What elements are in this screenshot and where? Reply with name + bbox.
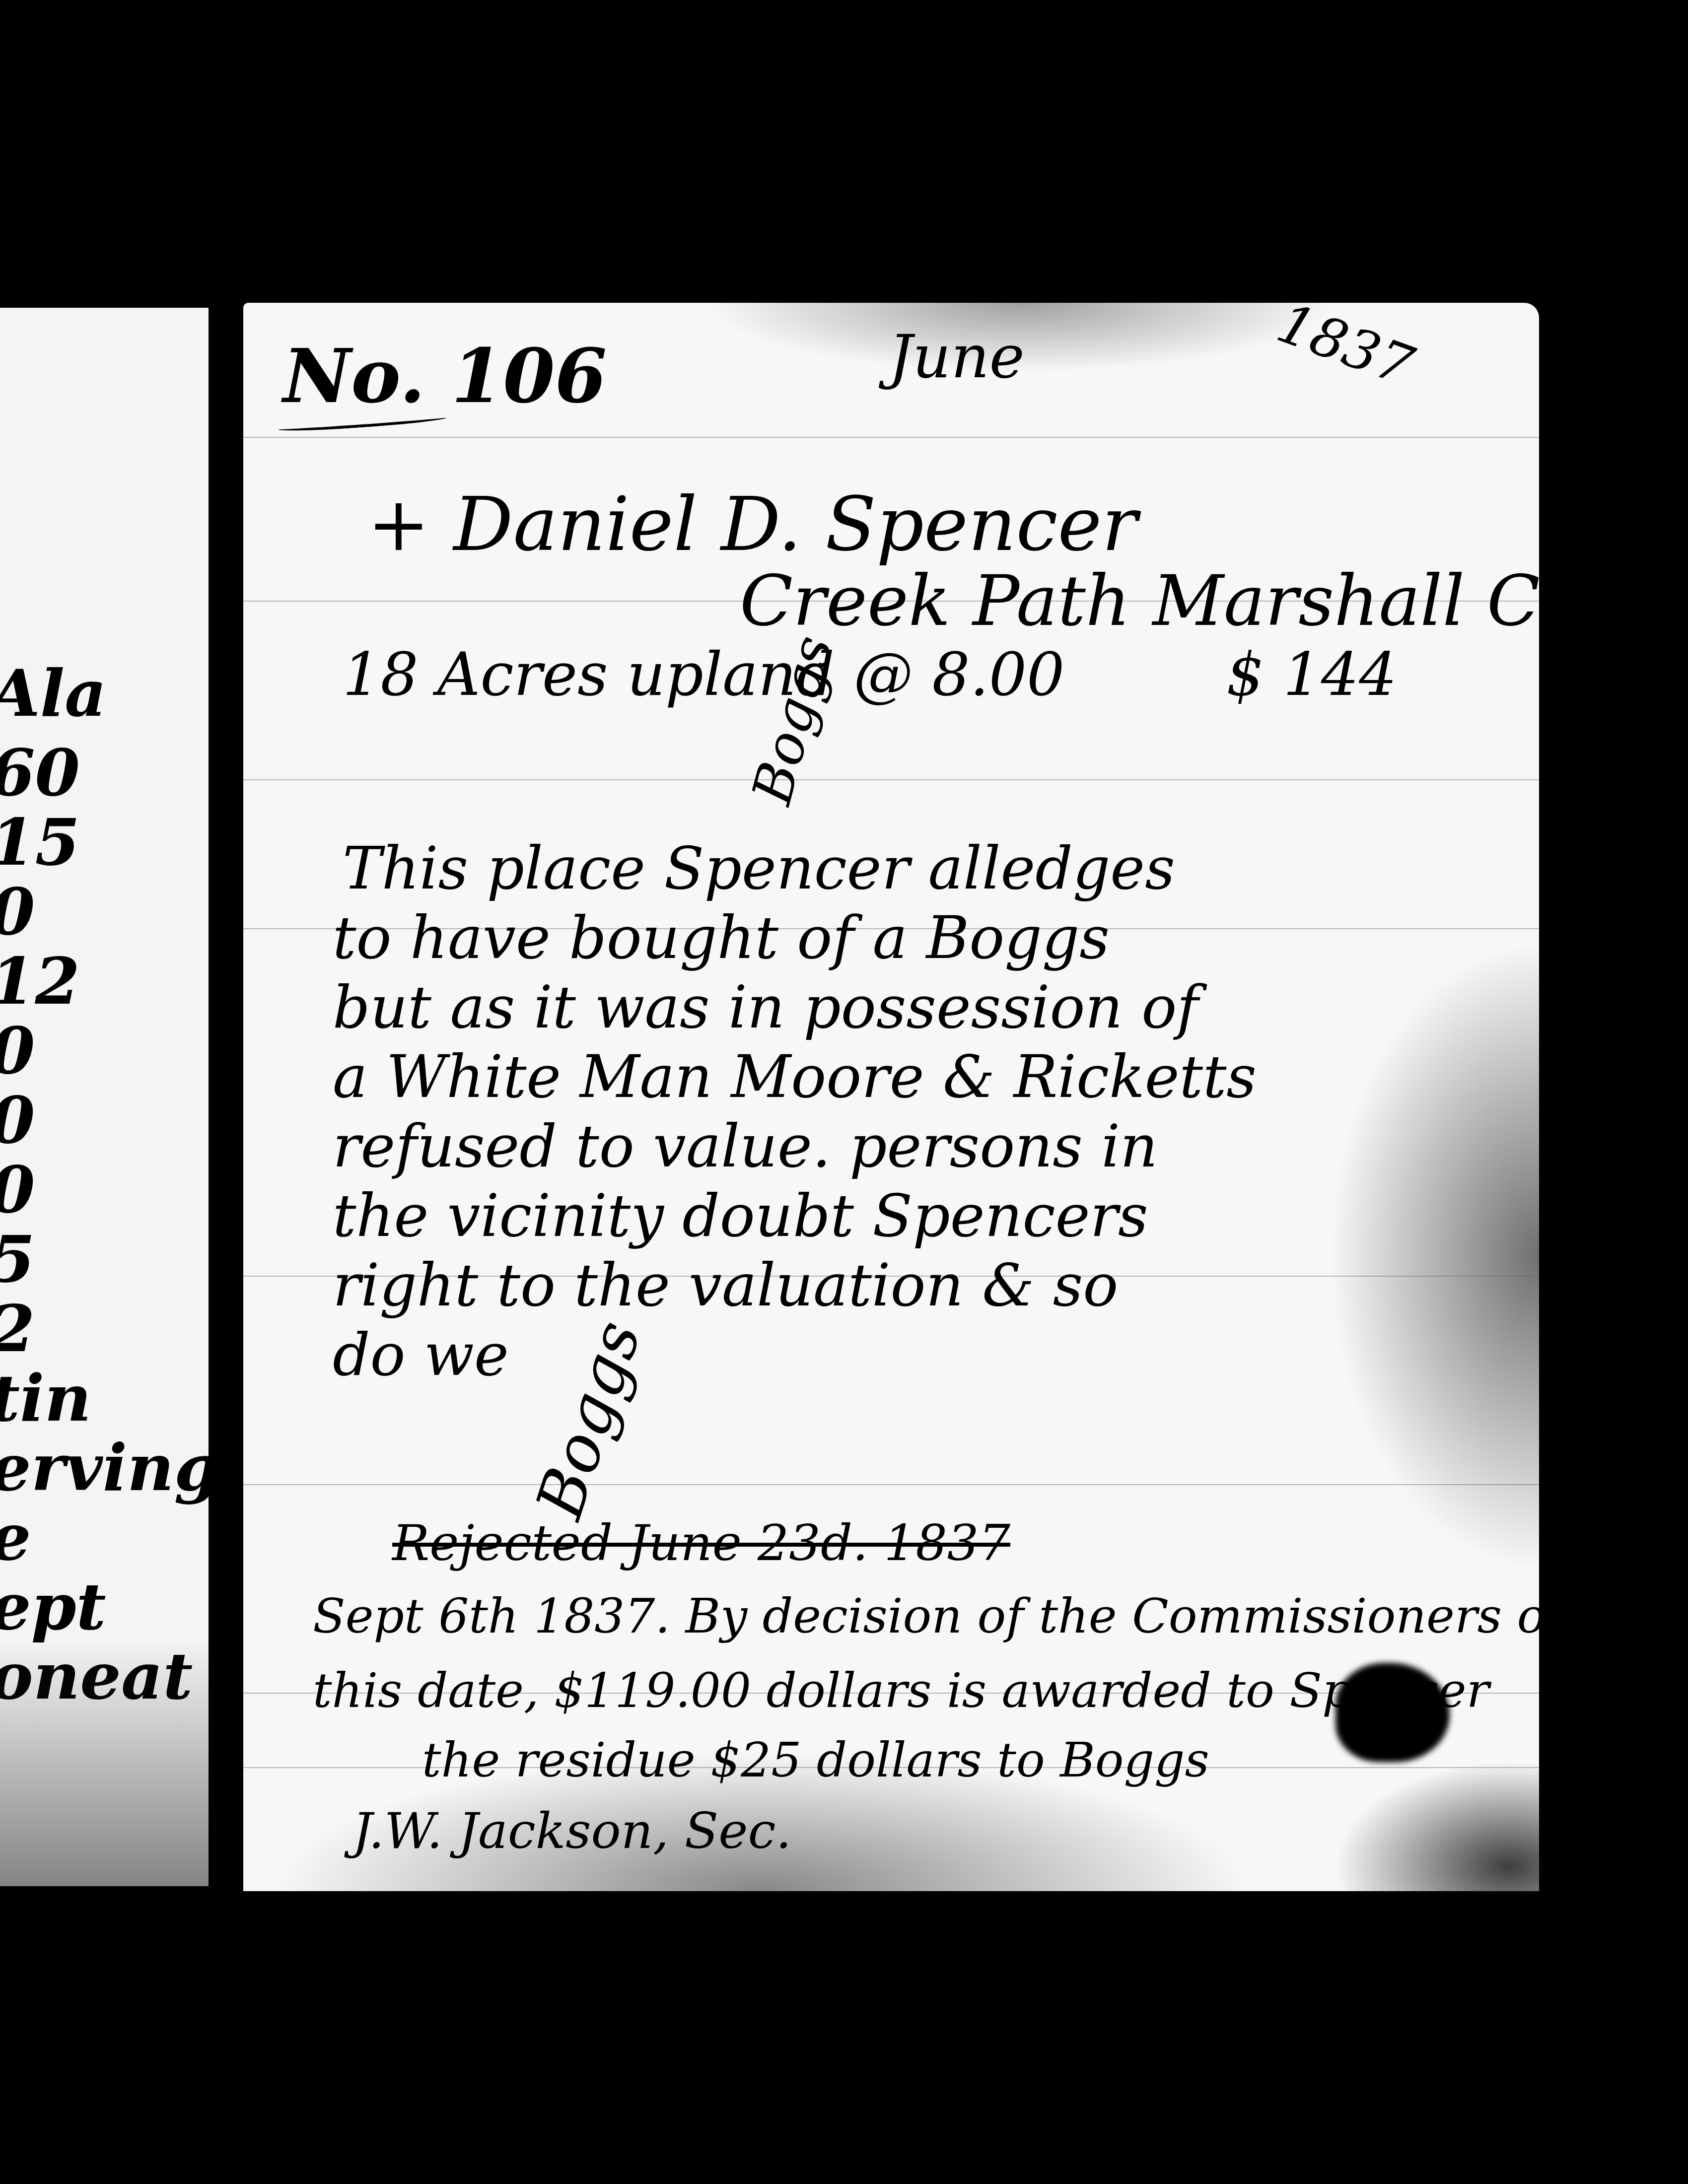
page-gutter (209, 298, 248, 1911)
left-line: 12 (0, 943, 80, 1019)
valuation-description: 18 Acres upland @ 8.00 (343, 640, 1064, 709)
body-line: do we (333, 1320, 509, 1389)
left-line: tin (0, 1360, 91, 1436)
left-line: 0 (0, 1082, 35, 1158)
left-line: 15 (0, 804, 80, 880)
header-month: June (889, 323, 1025, 392)
claimant-location: Creek Path Marshall Co Ga (740, 561, 1539, 642)
left-line: e (0, 1499, 31, 1575)
left-line: 2 (0, 1291, 35, 1366)
body-line: a White Man Moore & Ricketts (333, 1042, 1257, 1111)
left-line: 60 (0, 735, 80, 811)
left-line: 5 (0, 1221, 35, 1297)
claimant-name: + Daniel D. Spencer (367, 481, 1137, 568)
left-page-fragment: Ala 60 15 0 12 0 0 0 5 2 tin erving e ep… (0, 308, 209, 1886)
margin-annotation: Boggs (521, 1312, 655, 1527)
signature: J.W. Jackson, Sec. (352, 1802, 791, 1860)
left-line: Ala (0, 655, 106, 731)
left-line: 0 (0, 874, 35, 950)
body-line: but as it was in possession of (333, 973, 1198, 1041)
body-line: refused to value. persons in (333, 1112, 1158, 1180)
valuation-amount: $ 144 (1226, 640, 1397, 709)
left-line: erving (0, 1430, 209, 1505)
body-line: the vicinity doubt Spencers (333, 1181, 1148, 1250)
body-line: to have bought of a Boggs (333, 903, 1110, 972)
body-line: right to the valuation & so (333, 1251, 1118, 1319)
decision-line: Sept 6th 1837. By decision of the Commis… (313, 1588, 1539, 1644)
ruled-line (243, 437, 1539, 438)
ledger-page: No. 106 June 1837 + Daniel D. Spencer Cr… (243, 303, 1539, 1891)
body-line: This place Spencer alledges (343, 834, 1175, 902)
header-year: 1837 (1269, 303, 1422, 398)
decision-line: the residue $25 dollars to Boggs (422, 1732, 1209, 1788)
left-line: ept (0, 1569, 106, 1644)
ruled-line (243, 1484, 1539, 1485)
decision-line: this date, $119.00 dollars is awarded to… (313, 1663, 1489, 1718)
left-line: 0 (0, 1152, 35, 1228)
left-line: oneat (0, 1638, 193, 1714)
rejected-line: Rejected June 23d. 1837 (392, 1514, 1010, 1572)
left-line: 0 (0, 1013, 35, 1089)
ruled-line (243, 779, 1539, 780)
entry-number: No. 106 (283, 333, 607, 420)
